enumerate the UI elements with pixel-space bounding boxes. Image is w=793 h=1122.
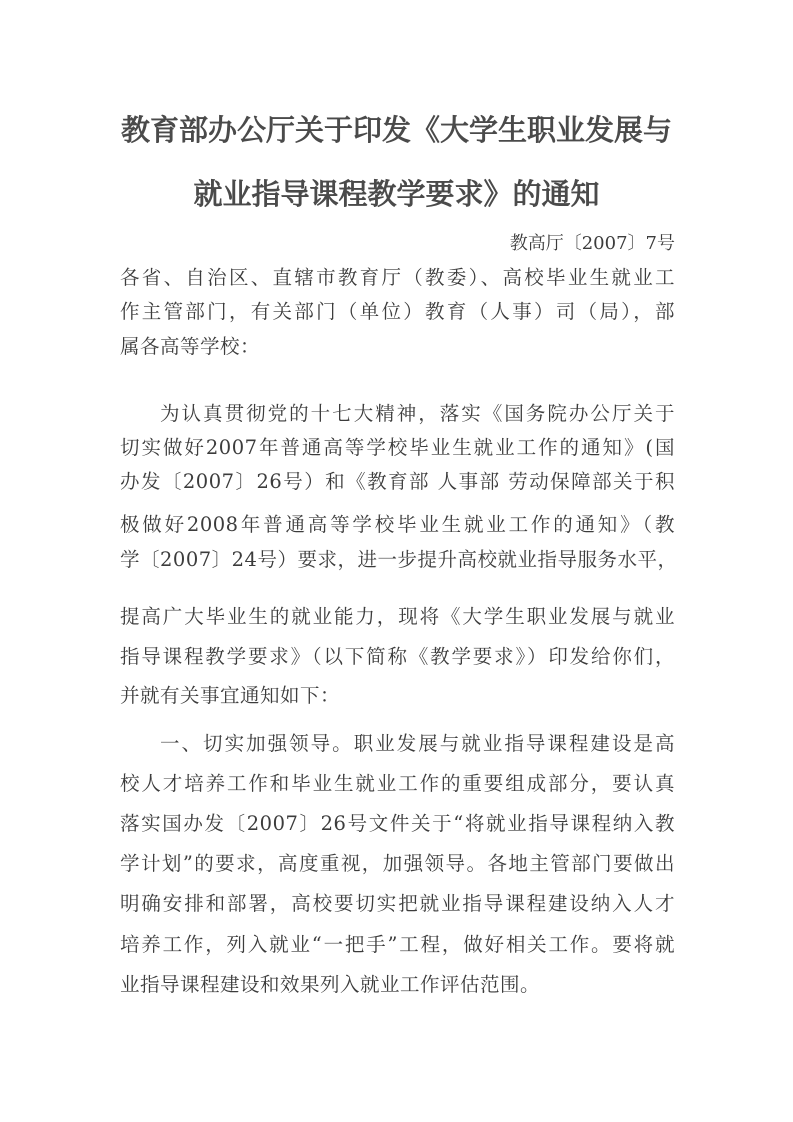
paragraph-1-line-5: 学〔2007〕24号）要求，进一步提升高校就业指导服务水平， [120,544,675,572]
paragraph-2-line-5: 明确安排和部署，高校要切实把就业指导课程建设纳入人才 [120,888,675,916]
addressee-line-1: 各省、自治区、直辖市教育厅（教委）、高校毕业生就业工 [120,262,675,290]
paragraph-1-line-3: 办发〔2007〕26号）和《教育部 人事部 劳动保障部关于积 [120,466,675,494]
addressee-line-2: 作主管部门，有关部门（单位）教育（人事）司（局），部 [120,296,675,324]
document-number: 教高厅〔2007〕7号 [510,229,675,255]
document-title-line-2: 就业指导课程教学要求》的通知 [0,172,793,213]
paragraph-2-line-6: 培养工作，列入就业“一把手”工程，做好相关工作。要将就 [120,929,675,957]
paragraph-2-line-4: 学计划”的要求，高度重视，加强领导。各地主管部门要做出 [120,848,675,876]
document-page: 教育部办公厅关于印发《大学生职业发展与 就业指导课程教学要求》的通知 教高厅〔2… [0,0,793,1122]
paragraph-1-line-7: 指导课程教学要求》（以下简称《教学要求》）印发给你们， [120,641,675,669]
paragraph-2-line-7: 业指导课程建设和效果列入就业工作评估范围。 [120,969,675,997]
paragraph-1-line-8: 并就有关事宜通知如下： [120,680,675,708]
paragraph-1-line-1: 为认真贯彻党的十七大精神，落实《国务院办公厅关于 [160,398,675,426]
paragraph-1-line-2: 切实做好2007年普通高等学校毕业生就业工作的通知》(国 [120,432,675,460]
paragraph-2-line-2: 校人才培养工作和毕业生就业工作的重要组成部分，要认真 [120,768,675,796]
paragraph-1-line-4: 极做好2008年普通高等学校毕业生就业工作的通知》（教 [120,509,675,537]
paragraph-1-line-6: 提高广大毕业生的就业能力，现将《大学生职业发展与就业 [120,601,675,629]
document-title-line-1: 教育部办公厅关于印发《大学生职业发展与 [0,108,793,149]
paragraph-2-line-1: 一、切实加强领导。职业发展与就业指导课程建设是高 [160,728,675,756]
addressee-line-3: 属各高等学校： [120,331,675,359]
paragraph-2-line-3: 落实国办发〔2007〕26号文件关于“将就业指导课程纳入教 [120,808,675,836]
